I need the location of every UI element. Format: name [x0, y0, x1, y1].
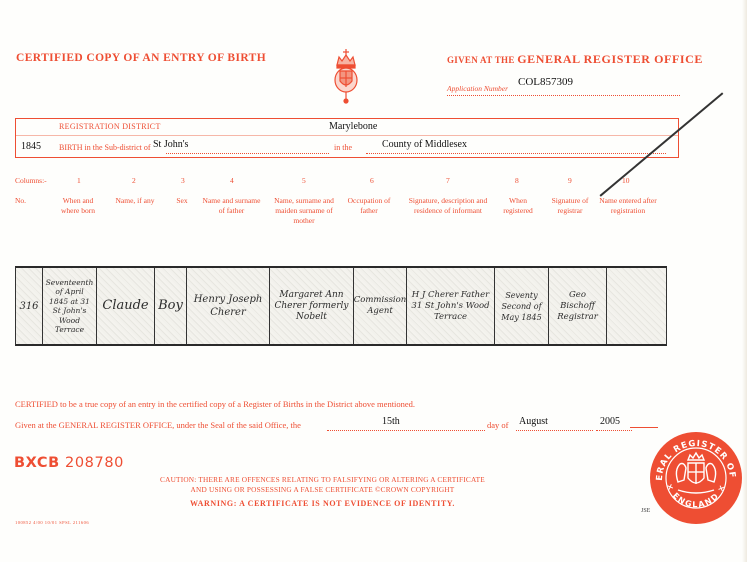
column-number-3: 3 [181, 176, 185, 185]
column-header-occupation: Occupation of father [345, 196, 393, 216]
given-at-prefix: GIVEN AT THE [447, 55, 515, 65]
subdistrict-label: BIRTH in the Sub-district of [59, 143, 151, 152]
royal-crest-icon [332, 47, 360, 105]
entry-registrar: Geo Bischoff Registrar [549, 268, 607, 344]
entry-number: 316 [16, 268, 43, 344]
column-number-6: 6 [370, 176, 374, 185]
given-at-office: GENERAL REGISTER OFFICE [517, 52, 703, 66]
entry-name: Claude [97, 268, 155, 344]
day-line [327, 430, 485, 431]
certificate-day: 15th [382, 416, 400, 427]
county-line [366, 153, 666, 154]
column-header-father: Name and surname of father [199, 196, 264, 216]
given-at-statement: Given at the GENERAL REGISTER OFFICE, un… [15, 420, 301, 430]
certification-statement: CERTIFIED to be a true copy of an entry … [15, 399, 415, 409]
column-header-no: No. [15, 196, 35, 206]
in-the-label: in the [334, 143, 352, 152]
columns-label: Columns:- [15, 176, 47, 185]
column-number-2: 2 [132, 176, 136, 185]
caution-line-2: AND USING OR POSSESSING A FALSE CERTIFIC… [150, 485, 495, 495]
month-line [516, 430, 593, 431]
day-of-label: day of [487, 420, 508, 430]
column-header-mother: Name, surname and maiden surname of moth… [270, 196, 338, 226]
print-code: 100852 4/00 10/01 SPSL 211606 [15, 520, 89, 525]
entry-informant: H J Cherer Father 31 St John's Wood Terr… [407, 268, 495, 344]
issuing-office-heading: GIVEN AT THE GENERAL REGISTER OFFICE [447, 52, 703, 67]
certificate-month: August [519, 416, 548, 427]
column-header-sex: Sex [170, 196, 194, 206]
subdistrict-line [166, 153, 329, 154]
seal-rule [630, 427, 658, 428]
column-number-5: 5 [302, 176, 306, 185]
general-register-office-seal-icon: GENERAL REGISTER OFFICE × ENGLAND × [648, 430, 744, 526]
birth-entry-row: 316 Seventeenth of April 1845 at 31 St J… [15, 266, 667, 346]
certificate-year: 2005 [600, 416, 620, 427]
column-number-9: 9 [568, 176, 572, 185]
column-header-informant: Signature, description and residence of … [402, 196, 494, 216]
entry-when-where-born: Seventeenth of April 1845 at 31 St John'… [43, 268, 97, 344]
registration-district-box: REGISTRATION DISTRICT Marylebone 1845 BI… [15, 118, 679, 158]
subdistrict-value: St John's [153, 139, 188, 150]
entry-mother: Margaret Ann Cherer formerly Nobelt [270, 268, 354, 344]
column-number-1: 1 [77, 176, 81, 185]
entry-name-after-registration [607, 268, 665, 344]
column-header-name-after: Name entered after registration [598, 196, 658, 216]
column-number-7: 7 [446, 176, 450, 185]
application-number-value: COL857309 [518, 76, 573, 88]
year-line [596, 430, 632, 431]
column-number-4: 4 [230, 176, 234, 185]
application-number-line [447, 95, 680, 96]
column-number-8: 8 [515, 176, 519, 185]
caution-notice: CAUTION: THERE ARE OFFENCES RELATING TO … [150, 475, 495, 494]
serial-prefix: BXCB [14, 455, 60, 471]
entry-when-registered: Seventy Second of May 1845 [495, 268, 549, 344]
registration-year: 1845 [21, 141, 41, 152]
column-number-10: 10 [622, 176, 630, 185]
entry-sex: Boy [155, 268, 187, 344]
caution-line-1: CAUTION: THERE ARE OFFENCES RELATING TO … [150, 475, 495, 485]
registration-district-label: REGISTRATION DISTRICT [59, 122, 161, 131]
column-header-name: Name, if any [110, 196, 160, 206]
certificate-title: CERTIFIED COPY OF AN ENTRY OF BIRTH [16, 52, 266, 64]
box-divider [16, 135, 678, 136]
identity-warning: WARNING: A CERTIFICATE IS NOT EVIDENCE O… [150, 499, 495, 508]
column-header-when-where-born: When and where born [55, 196, 101, 216]
entry-occupation: Commission Agent [354, 268, 407, 344]
entry-father: Henry Joseph Cherer [187, 268, 270, 344]
certificate-serial: BXCB 208780 [14, 455, 124, 471]
county-value: County of Middlesex [382, 139, 467, 150]
column-header-when-registered: When registered [498, 196, 538, 216]
column-header-registrar: Signature of registrar [545, 196, 595, 216]
registration-district-value: Marylebone [329, 121, 377, 132]
serial-number: 208780 [65, 455, 124, 471]
application-number-label: Application Number [447, 84, 508, 93]
